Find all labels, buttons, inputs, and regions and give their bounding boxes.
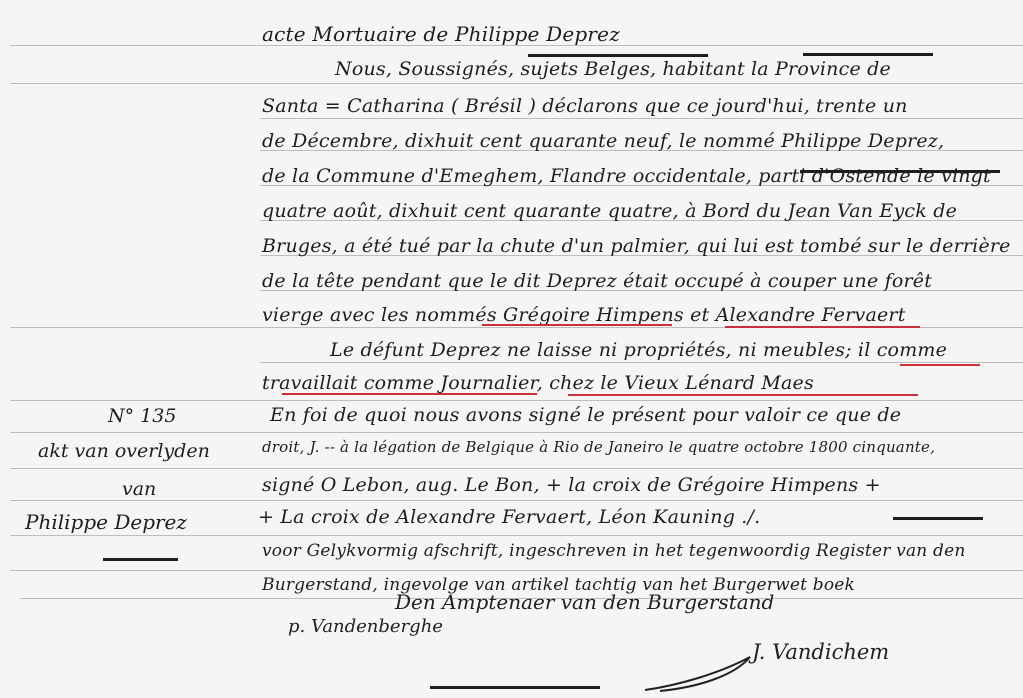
red-underline-chez-le-vieux-lenard-maes (568, 394, 918, 396)
red-underline-alexandre-fervaert (725, 326, 920, 328)
body-line-2: Santa = Catharina ( Brésil ) déclarons q… (262, 95, 908, 117)
margin-line-van: van (122, 478, 156, 500)
body-line-13: signé O Lebon, aug. Le Bon, + la croix d… (262, 474, 881, 496)
line-end-dash (893, 517, 983, 520)
body-line-4: de la Commune d'Emeghem, Flandre occiden… (262, 165, 991, 187)
body-line-12: droit, J. -- à la légation de Belgique à… (262, 438, 935, 456)
bottom-rule (430, 686, 600, 689)
signature-right: J. Vandichem (752, 640, 889, 664)
ruled-line (10, 570, 1023, 571)
ruled-line (10, 535, 1023, 536)
signature-left: p. Vandenberghe (288, 616, 443, 637)
body-line-6: Bruges, a été tué par la chute d'un palm… (262, 235, 1011, 257)
ruled-line (10, 83, 1023, 84)
ruled-line (260, 362, 1023, 363)
title-trailing-rule (803, 53, 933, 56)
red-underline-il-comme (900, 364, 980, 366)
red-underline-gregoire-himpens (482, 324, 672, 326)
ruled-line (10, 500, 1023, 501)
red-underline-journalier (282, 393, 537, 395)
margin-underline (103, 558, 178, 561)
body-line-10: travaillait comme Journalier, chez le Vi… (262, 372, 814, 394)
ruled-line (260, 118, 1023, 119)
body-line-1: Nous, Soussignés, sujets Belges, habitan… (335, 58, 891, 80)
body-line-5: quatre août, dixhuit cent quarante quatr… (262, 200, 957, 222)
body-line-9: Le défunt Deprez ne laisse ni propriétés… (330, 339, 947, 361)
body-line-11: En foi de quoi nous avons signé le prése… (270, 404, 901, 426)
body-line-7: de la tête pendant que le dit Deprez éta… (262, 270, 932, 292)
margin-line-akt-van-overlyden: akt van overlyden (38, 440, 210, 462)
ruled-line (10, 468, 1023, 469)
margin-line-name: Philippe Deprez (25, 510, 187, 534)
title-name-underline (528, 54, 708, 57)
scanned-register-page: acte Mortuaire de Philippe Deprez Nous, … (0, 0, 1023, 698)
body-line-8: vierge avec les nommés Grégoire Himpens … (262, 304, 906, 326)
signature-flourish-icon (640, 645, 760, 695)
record-title: acte Mortuaire de Philippe Deprez (262, 22, 620, 46)
body-line-15: voor Gelykvormig afschrift, ingeschreven… (262, 541, 966, 561)
margin-record-number: N° 135 (108, 405, 176, 427)
closing-official-title: Den Amptenaer van den Burgerstand (395, 590, 774, 614)
body-line-14: + La croix de Alexandre Fervaert, Léon K… (258, 506, 760, 528)
ruled-line (10, 432, 1023, 433)
body-line-3: de Décembre, dixhuit cent quarante neuf,… (262, 130, 944, 152)
ruled-line (10, 400, 1023, 401)
